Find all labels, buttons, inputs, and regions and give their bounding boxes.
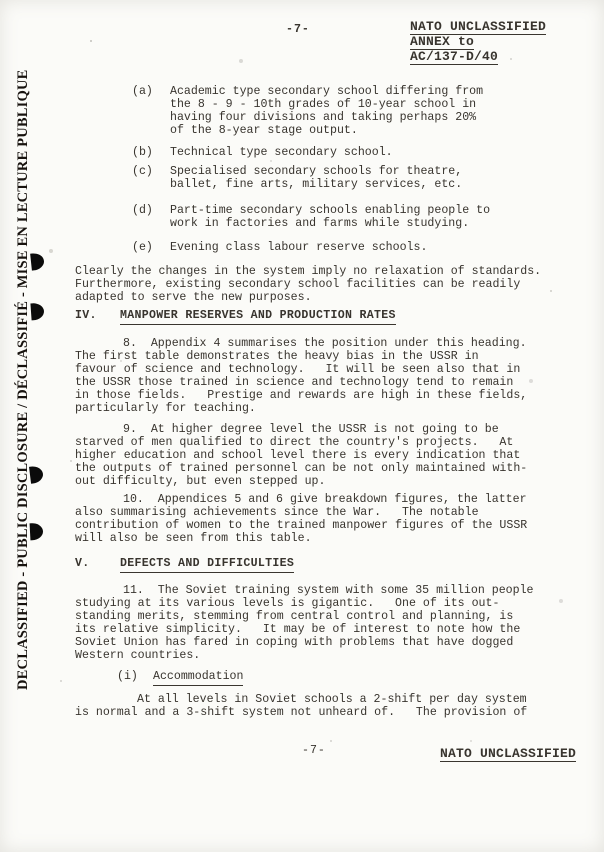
list-item: (b) Technical type secondary school. [75, 147, 393, 160]
section-numeral: IV. [75, 310, 120, 325]
section-heading-iv: IV. MANPOWER RESERVES AND PRODUCTION RAT… [75, 310, 396, 325]
list-item-label: (e) [132, 242, 170, 255]
punch-hole-mark [30, 523, 44, 541]
paragraph-intro: Clearly the changes in the system imply … [75, 266, 561, 305]
list-item: (c) Specialised secondary schools for th… [75, 166, 462, 192]
annex-to-label: ANNEX to [410, 35, 474, 50]
paragraph-accommodation: At all levels in Soviet schools a 2-shif… [75, 694, 561, 720]
list-item-text: Evening class labour reserve schools. [170, 242, 427, 255]
paragraph-10: 10. Appendices 5 and 6 give breakdown fi… [75, 494, 561, 546]
paragraph-9: 9. At higher degree level the USSR is no… [75, 424, 561, 489]
subsection-label: (i) [117, 671, 153, 686]
section-title: MANPOWER RESERVES AND PRODUCTION RATES [120, 310, 396, 325]
list-item-label: (a) [132, 86, 170, 138]
paragraph-8: 8. Appendix 4 summarises the position un… [75, 338, 561, 415]
declassification-stamp-text: DECLASSIFIED - PUBLIC DISCLOSURE / DÉCLA… [14, 114, 32, 690]
list-item-text: Technical type secondary school. [170, 147, 393, 160]
paragraph-11: 11. The Soviet training system with some… [75, 585, 561, 662]
list-item-text: Specialised secondary schools for theatr… [170, 166, 462, 192]
classification-banner: NATO UNCLASSIFIED [440, 746, 576, 762]
section-numeral: V. [75, 558, 120, 573]
punch-hole-mark [30, 303, 44, 321]
header-classification-block: NATO UNCLASSIFIED ANNEX to AC/137-D/40 [410, 20, 546, 65]
scan-noise [90, 40, 92, 42]
section-title: DEFECTS AND DIFFICULTIES [120, 558, 294, 573]
document-reference: AC/137-D/40 [410, 50, 498, 65]
scanned-document-page: DECLASSIFIED - PUBLIC DISCLOSURE / DÉCLA… [0, 0, 604, 852]
subsection-heading-accommodation: (i) Accommodation [117, 671, 243, 686]
subsection-title: Accommodation [153, 671, 243, 686]
list-item-text: Part-time secondary schools enabling peo… [170, 205, 490, 231]
list-item: (e) Evening class labour reserve schools… [75, 242, 427, 255]
punch-hole-mark [29, 465, 44, 483]
section-heading-v: V. DEFECTS AND DIFFICULTIES [75, 558, 294, 573]
list-item: (d) Part-time secondary schools enabling… [75, 205, 490, 231]
footer-classification: NATO UNCLASSIFIED [440, 748, 576, 761]
list-item: (a) Academic type secondary school diffe… [75, 86, 483, 138]
footer-page-number: -7- [302, 745, 326, 758]
classification-banner: NATO UNCLASSIFIED [410, 20, 546, 35]
list-item-label: (d) [132, 205, 170, 231]
list-item-label: (c) [132, 166, 170, 192]
punch-hole-mark [30, 252, 45, 270]
list-item-text: Academic type secondary school differing… [170, 86, 483, 138]
header-page-number: -7- [286, 24, 310, 37]
list-item-label: (b) [132, 147, 170, 160]
